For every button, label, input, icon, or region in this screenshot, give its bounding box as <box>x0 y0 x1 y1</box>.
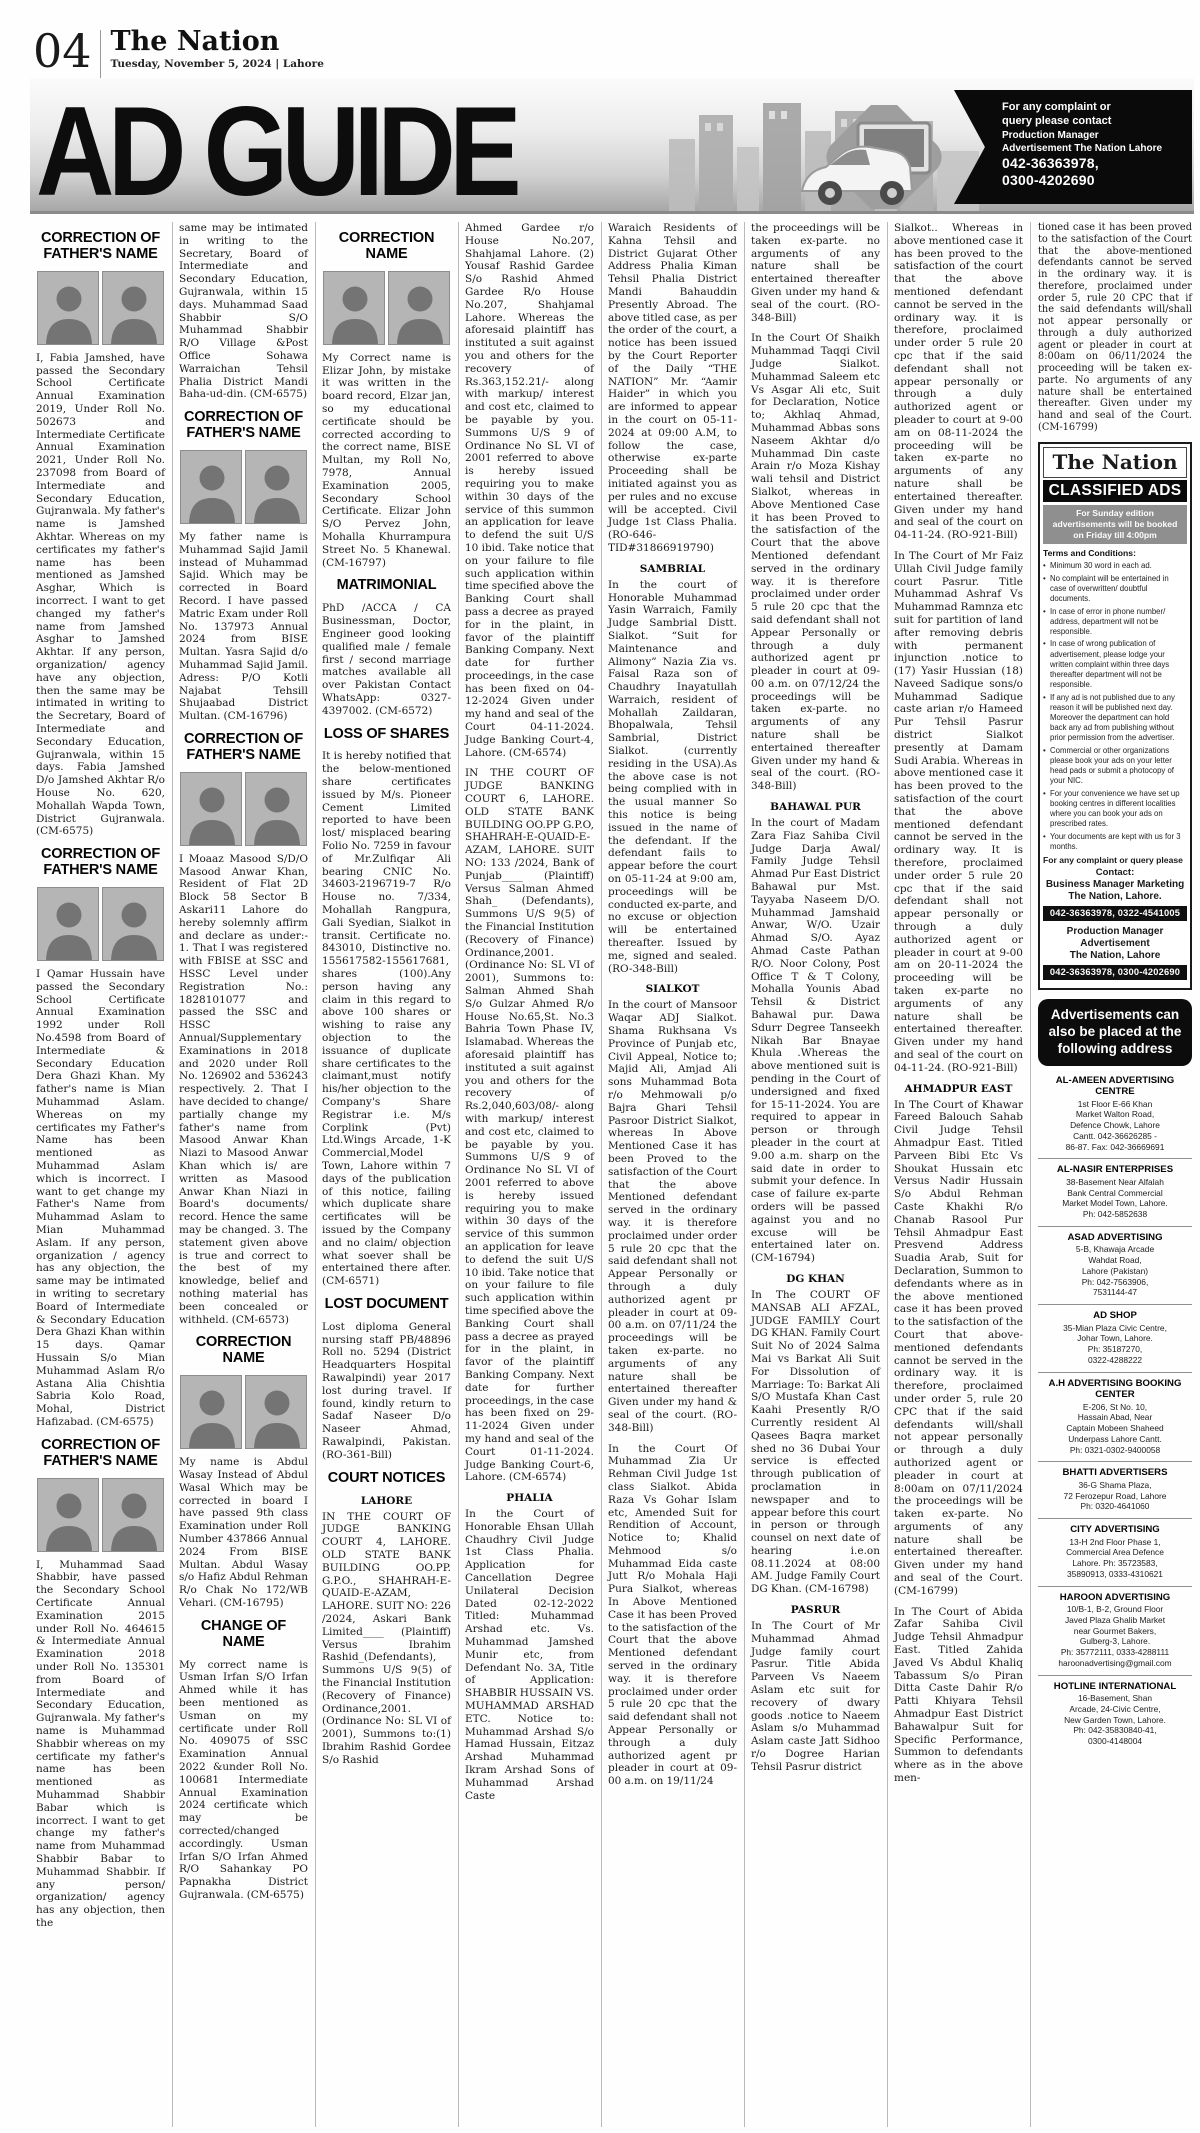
agency-address-line: Captain Mobeen Shaheed <box>1040 1423 1190 1434</box>
agency-address-line: 10/B-1, B-2, Ground Floor <box>1040 1604 1190 1615</box>
city-subheading: AHMADPUR EAST <box>894 1083 1023 1095</box>
agency-address-line: Bank Central Commercial <box>1040 1188 1190 1199</box>
ad-photo-pair <box>36 1478 165 1552</box>
portrait-photo <box>102 1478 164 1552</box>
portrait-photo <box>180 772 242 846</box>
agency-address-line: haroonadvertising@gmail.com <box>1040 1658 1190 1669</box>
agency-name: AL-NASIR ENTERPRISES <box>1040 1164 1190 1176</box>
agency-entry: BHATTI ADVERTISERS36-G Shama Plaza,72 Fe… <box>1038 1462 1192 1519</box>
agency-entry: A.H ADVERTISING BOOKING CENTERE-206, St … <box>1038 1373 1192 1463</box>
ad-text: In the court of Mansoor Waqar ADJ Sialko… <box>608 999 737 1434</box>
ad-guide-title: AD GUIDE <box>36 78 515 214</box>
flag-line-2: query please contact <box>1002 114 1184 128</box>
ad-text: I, Muhammad Saad Shabbir, have passed th… <box>36 1559 165 1930</box>
portrait-photo <box>245 1375 307 1449</box>
agency-address-line: Defence Chowk, Lahore <box>1040 1120 1190 1131</box>
agency-list: AL-AMEEN ADVERTISING CENTRE1st Floor E-6… <box>1038 1070 1192 1753</box>
portrait-photo <box>180 450 242 524</box>
terms-item: In case of wrong publication of advertis… <box>1043 639 1187 690</box>
agency-address-line: Hassain Abad, Near <box>1040 1412 1190 1423</box>
city-subheading: BAHAWAL PUR <box>751 801 880 813</box>
ad-text: In The Court of Khawar Fareed Balouch Sa… <box>894 1099 1023 1598</box>
section-heading: LOST DOCUMENT <box>322 1297 451 1313</box>
agency-name: AL-AMEEN ADVERTISING CENTRE <box>1040 1075 1190 1098</box>
section-heading: CHANGE OF NAME <box>179 1619 308 1651</box>
agency-entry: AD SHOP35-Mian Plaza Civic Centre,Johar … <box>1038 1305 1192 1373</box>
agency-address-line: Ph: 0321-0302-9400058 <box>1040 1445 1190 1456</box>
agency-entry: AL-NASIR ENTERPRISES38-Basement Near Alf… <box>1038 1159 1192 1227</box>
portrait-photo <box>37 1478 99 1552</box>
ad-guide-banner: AD GUIDE For any complaint or <box>30 78 1194 214</box>
ad-text: I Qamar Hussain have passed the Secondar… <box>36 968 165 1429</box>
agency-address-line: 72 Ferozepur Road, Lahore <box>1040 1491 1190 1502</box>
portrait-silhouette <box>181 451 242 524</box>
agency-entry: CITY ADVERTISING13-H 2nd Floor Phase 1,C… <box>1038 1519 1192 1587</box>
agency-address-line: Ph: 042-5852638 <box>1040 1209 1190 1220</box>
text-column-3: CORRECTION NAMEMy Correct name is Elizar… <box>316 222 459 2127</box>
terms-item: For your convenience we have set up book… <box>1043 789 1187 830</box>
portrait-silhouette <box>38 1479 99 1552</box>
contact1-name: Business Manager Marketing <box>1043 879 1187 891</box>
ad-text: Lost diploma General nursing staff PB/48… <box>322 1321 451 1462</box>
ad-text: In The Court of Mr Muhammad Ahmad Judge … <box>751 1620 880 1774</box>
court-notice-continuation: tioned case it has been proved to the sa… <box>1038 222 1192 434</box>
city-subheading: SAMBRIAL <box>608 563 737 575</box>
text-column-7: Sialkot.. Whereas in above mentioned cas… <box>888 222 1031 2127</box>
ad-text: My father name is Muhammad Sajid Jamil i… <box>179 531 308 723</box>
contact-label: Contact: <box>1043 867 1187 878</box>
agency-address-line: Javed Plaza Ghalib Market <box>1040 1615 1190 1626</box>
portrait-photo <box>37 271 99 345</box>
flag-line-1: For any complaint or <box>1002 100 1184 114</box>
ad-text: In the court of Honorable Muhammad Yasin… <box>608 579 737 976</box>
agency-address-line: 7531144-47 <box>1040 1287 1190 1298</box>
ad-text: In The Court of Abida Zafar Sahiba Civil… <box>894 1606 1023 1785</box>
portrait-silhouette <box>389 272 450 345</box>
ad-text: I Moaaz Masood S/D/O Masood Anwar Khan, … <box>179 853 308 1326</box>
agency-address-line: Commercial Area Defence <box>1040 1547 1190 1558</box>
agency-address-line: Ph: 35187270, <box>1040 1344 1190 1355</box>
city-subheading: LAHORE <box>322 1495 451 1507</box>
portrait-silhouette <box>246 451 307 524</box>
terms-title: Terms and Conditions: <box>1043 548 1187 558</box>
agency-address-line: Cantt. 042-36626285 - <box>1040 1131 1190 1142</box>
portrait-photo <box>388 271 450 345</box>
section-heading: CORRECTION OF FATHER'S NAME <box>36 1438 165 1470</box>
agency-address-line: Ph: 042-35830840-41, <box>1040 1725 1190 1736</box>
portrait-silhouette <box>324 272 385 345</box>
contact2-org: The Nation, Lahore <box>1043 950 1187 962</box>
agency-address-line: 38-Basement Near Alfalah <box>1040 1177 1190 1188</box>
ad-photo-pair <box>322 271 451 345</box>
contact2-phone: 042-36363978, 0300-4202690 <box>1043 965 1187 980</box>
flag-phone-2: 0300-4202690 <box>1002 172 1184 190</box>
ad-text: In the Court Of Shaikh Muhammad Taqqi Ci… <box>751 332 880 793</box>
ad-text: PhD /ACCA / CA Businessman, Doctor, Engi… <box>322 602 451 717</box>
portrait-silhouette <box>38 888 99 961</box>
contact1-phone: 042-36363978, 0322-4541005 <box>1043 906 1187 921</box>
flag-phone-1: 042-36363978, <box>1002 155 1184 173</box>
portrait-silhouette <box>246 1376 307 1449</box>
agency-entry: ASAD ADVERTISING5-B, Khawaja ArcadeWahda… <box>1038 1227 1192 1305</box>
terms-list: Minimum 30 word in each ad.No complaint … <box>1043 561 1187 852</box>
portrait-silhouette <box>181 773 242 846</box>
agency-address-line: Market Walton Road, <box>1040 1109 1190 1120</box>
agency-address-line: 0322-4288222 <box>1040 1355 1190 1366</box>
agency-name: CITY ADVERTISING <box>1040 1524 1190 1536</box>
agency-address-line: New Garden Town, Lahore. <box>1040 1715 1190 1726</box>
flag-line-3: Production Manager <box>1002 129 1184 142</box>
city-subheading: SIALKOT <box>608 983 737 995</box>
newspaper-title: The Nation <box>111 28 324 56</box>
portrait-silhouette <box>103 888 164 961</box>
ad-text: My correct name is Usman Irfan S/O Irfan… <box>179 1659 308 1902</box>
agency-address-line: Ph: 042-7563906, <box>1040 1277 1190 1288</box>
agency-address-line: Underpass Lahore Cantt. <box>1040 1434 1190 1445</box>
ad-text: the proceedings will be taken ex-parte. … <box>751 222 880 324</box>
agency-name: BHATTI ADVERTISERS <box>1040 1467 1190 1479</box>
ad-text: My name is Abdul Wasay Instead of Abdul … <box>179 1456 308 1610</box>
agency-name: AD SHOP <box>1040 1310 1190 1322</box>
agency-address-line: Lahore (Pakistan) <box>1040 1266 1190 1277</box>
ad-text: In The COURT OF MANSAB ALI AFZAL, JUDGE … <box>751 1289 880 1596</box>
masthead: 04 The Nation Tuesday, November 5, 2024 … <box>33 28 324 78</box>
terms-item: In case of error in phone number/ addres… <box>1043 607 1187 637</box>
ad-text: IN THE COURT OF JUDGE BANKING COURT 4, L… <box>322 1511 451 1767</box>
city-subheading: DG KHAN <box>751 1273 880 1285</box>
section-heading: CORRECTION NAME <box>179 1335 308 1367</box>
ad-text: My Correct name is Elizar John, by mista… <box>322 352 451 570</box>
ad-text: In The Court of Mr Faiz Ullah Civil Judg… <box>894 550 1023 1075</box>
columns: CORRECTION OF FATHER'S NAMEI, Fabia Jams… <box>30 222 1194 2127</box>
agency-address-line: E-206, St No. 10, <box>1040 1402 1190 1413</box>
agency-address-line: Wahdat Road, <box>1040 1255 1190 1266</box>
portrait-photo <box>102 887 164 961</box>
portrait-photo <box>102 271 164 345</box>
text-column-2: same may be intimated in writing to the … <box>173 222 316 2127</box>
classified-title: CLASSIFIED ADS <box>1043 480 1187 502</box>
terms-item: Commercial or other organizations please… <box>1043 746 1187 787</box>
complaint-query-line: For any complaint or query please <box>1043 855 1187 865</box>
ad-text: I, Fabia Jamshed, have passed the Second… <box>36 352 165 838</box>
agency-address-line: 36-G Shama Plaza, <box>1040 1480 1190 1491</box>
agency-address-line: Gulberg-3, Lahore. <box>1040 1636 1190 1647</box>
ad-text: IN THE COURT OF JUDGE BANKING COURT 6, L… <box>465 767 594 1484</box>
agency-address-line: Market Model Town, Lahore. <box>1040 1198 1190 1209</box>
sunday-booking-note: For Sunday edition advertisements will b… <box>1043 505 1187 545</box>
agency-address-line: Arcade, 24-Civic Centre, <box>1040 1704 1190 1715</box>
section-heading: COURT NOTICES <box>322 1471 451 1487</box>
section-heading: LOSS OF SHARES <box>322 727 451 743</box>
city-subheading: PASRUR <box>751 1604 880 1616</box>
masthead-divider <box>100 30 101 78</box>
text-column-4: Ahmed Gardee r/o House No.207, Shahjamal… <box>459 222 602 2127</box>
text-column-1: CORRECTION OF FATHER'S NAMEI, Fabia Jams… <box>30 222 173 2127</box>
portrait-photo <box>245 450 307 524</box>
agency-address-line: 35-Mian Plaza Civic Centre, <box>1040 1323 1190 1334</box>
city-subheading: PHALIA <box>465 1492 594 1504</box>
terms-item: If any ad is not published due to any re… <box>1043 693 1187 744</box>
dateline: Tuesday, November 5, 2024 | Lahore <box>111 58 324 70</box>
ad-text: Sialkot.. Whereas in above mentioned cas… <box>894 222 1023 542</box>
ad-text: Ahmed Gardee r/o House No.207, Shahjamal… <box>465 222 594 759</box>
agency-address-line: 5-B, Khawaja Arcade <box>1040 1244 1190 1255</box>
agency-entry: HOTLINE INTERNATIONAL16-Basement, ShanAr… <box>1038 1676 1192 1753</box>
complaint-contact-flag: For any complaint or query please contac… <box>954 90 1192 204</box>
agency-address-line: Ph: 0320-4641060 <box>1040 1501 1190 1512</box>
ad-text: same may be intimated in writing to the … <box>179 222 308 401</box>
ad-text: In the Court of Honorable Ehsan Ullah Ch… <box>465 1508 594 1802</box>
agency-address-line: 35890913, 0333-4310621 <box>1040 1569 1190 1580</box>
agency-address-line: 1st Floor E-66 Khan <box>1040 1099 1190 1110</box>
classified-ads-box: The Nation CLASSIFIED ADS For Sunday edi… <box>1038 442 1192 990</box>
agency-address-line: 16-Basement, Shan <box>1040 1693 1190 1704</box>
portrait-photo <box>245 772 307 846</box>
ad-photo-pair <box>179 772 308 846</box>
portrait-photo <box>37 887 99 961</box>
placement-note-box: Advertisements can also be placed at the… <box>1038 999 1192 1066</box>
page-number: 04 <box>33 28 92 74</box>
ad-photo-pair <box>36 887 165 961</box>
agency-address-line: 0300-4148004 <box>1040 1736 1190 1747</box>
ad-photo-pair <box>36 271 165 345</box>
portrait-photo <box>180 1375 242 1449</box>
portrait-silhouette <box>103 1479 164 1552</box>
agency-address-line: 86-87. Fax: 042-36669691 <box>1040 1142 1190 1153</box>
portrait-silhouette <box>38 272 99 345</box>
section-heading: CORRECTION OF FATHER'S NAME <box>179 410 308 442</box>
section-heading: CORRECTION OF FATHER'S NAME <box>36 847 165 879</box>
terms-item: Minimum 30 word in each ad. <box>1043 561 1187 571</box>
flag-line-4: Advertisement The Nation Lahore <box>1002 142 1184 155</box>
agency-address-line: Ph: 35772111, 0333-4288111 <box>1040 1647 1190 1658</box>
terms-item: No complaint will be entertained in case… <box>1043 574 1187 604</box>
ad-text: Waraich Residents of Kahna Tehsil and Di… <box>608 222 737 555</box>
agency-name: A.H ADVERTISING BOOKING CENTER <box>1040 1378 1190 1401</box>
agency-address-line: Johar Town, Lahore. <box>1040 1333 1190 1344</box>
agency-name: ASAD ADVERTISING <box>1040 1232 1190 1244</box>
text-column-6: the proceedings will be taken ex-parte. … <box>745 222 888 2127</box>
section-heading: CORRECTION OF FATHER'S NAME <box>36 231 165 263</box>
text-column-5: Waraich Residents of Kahna Tehsil and Di… <box>602 222 745 2127</box>
ad-text: In the court of Madam Zara Fiaz Sahiba C… <box>751 817 880 1265</box>
right-rail: tioned case it has been proved to the sa… <box>1031 222 1194 2127</box>
agency-entry: HAROON ADVERTISING10/B-1, B-2, Ground Fl… <box>1038 1587 1192 1676</box>
portrait-silhouette <box>103 272 164 345</box>
classified-brand: The Nation <box>1043 447 1187 478</box>
section-heading: MATRIMONIAL <box>322 578 451 594</box>
agency-name: HAROON ADVERTISING <box>1040 1592 1190 1604</box>
car-graphic <box>796 105 966 209</box>
ad-photo-pair <box>179 1375 308 1449</box>
section-heading: CORRECTION NAME <box>322 231 451 263</box>
agency-entry: AL-AMEEN ADVERTISING CENTRE1st Floor E-6… <box>1038 1070 1192 1160</box>
agency-address-line: 13-H 2nd Floor Phase 1, <box>1040 1537 1190 1548</box>
contact1-org: The Nation, Lahore. <box>1043 891 1187 903</box>
portrait-silhouette <box>246 773 307 846</box>
terms-item: Your documents are kept with us for 3 mo… <box>1043 832 1187 852</box>
agency-address-line: near Gourmet Bakers, <box>1040 1626 1190 1637</box>
contact2-name: Production Manager Advertisement <box>1043 926 1187 950</box>
newspaper-page: 04 The Nation Tuesday, November 5, 2024 … <box>0 0 1200 2133</box>
ad-text: In the Court Of Muhammad Zia Ur Rehman C… <box>608 1443 737 1789</box>
agency-address-line: Lahore. Ph: 35723583, <box>1040 1558 1190 1569</box>
ad-text: It is hereby notified that the below-men… <box>322 750 451 1287</box>
ad-photo-pair <box>179 450 308 524</box>
portrait-silhouette <box>181 1376 242 1449</box>
section-heading: CORRECTION OF FATHER'S NAME <box>179 732 308 764</box>
agency-name: HOTLINE INTERNATIONAL <box>1040 1681 1190 1693</box>
portrait-photo <box>323 271 385 345</box>
